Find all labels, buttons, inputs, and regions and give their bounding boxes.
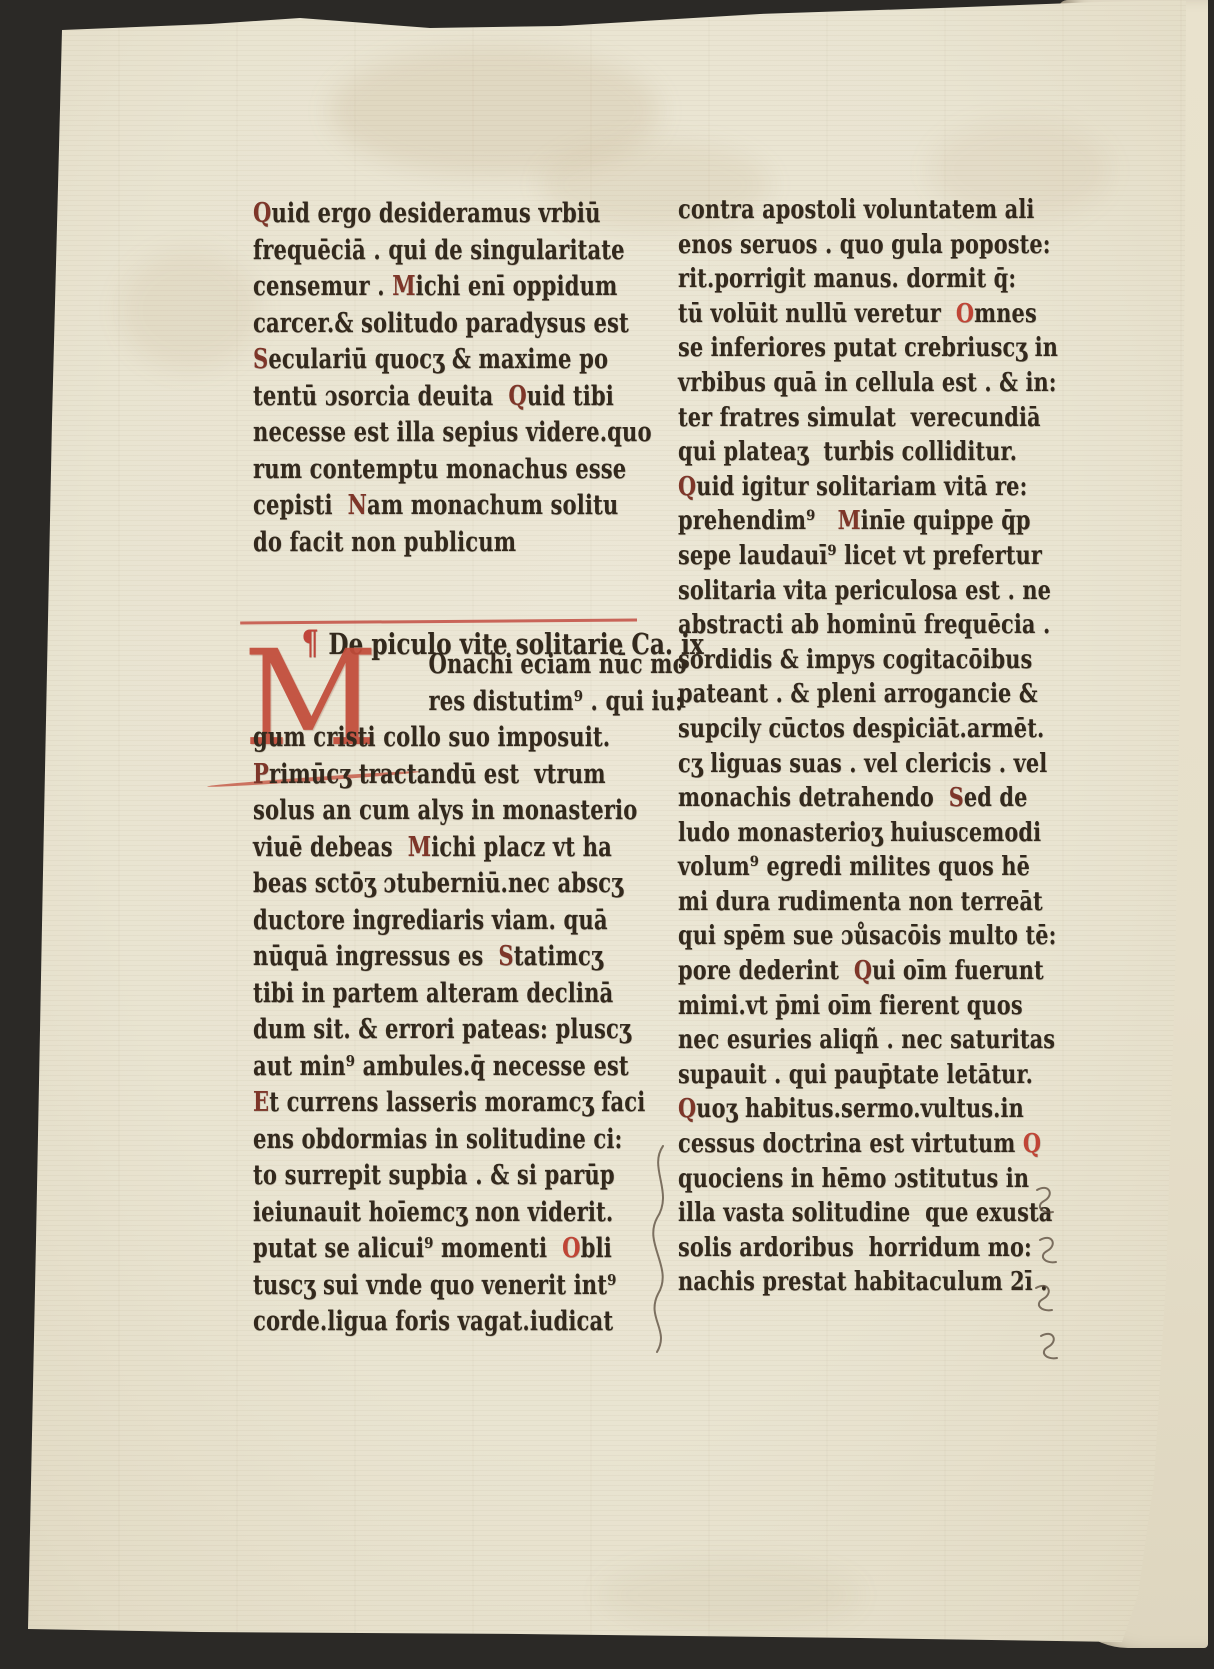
text-segment: sepe laudauī⁹ licet vt prefertur (678, 541, 1042, 571)
text-segment: ieiunauit hoīemcʒ non viderit. (253, 1197, 613, 1228)
text-line: pateant . & pleni arrogancie & (678, 677, 1014, 712)
text-segment: do facit non publicum (253, 527, 516, 558)
text-segment: tatimcʒ (514, 941, 603, 972)
paragraph-1: Quid ergo desideramus vrbiūfrequēciā . q… (253, 196, 673, 561)
text-segment: viuē debeas (253, 832, 408, 863)
text-segment: carcer.& solitudo paradysus est (253, 308, 629, 339)
text-line: Onachi eciam nūc mo (253, 647, 581, 684)
text-segment: necesse est illa sepius videre.quo (253, 417, 652, 448)
text-segment: mimi.vt p̄mi oīm fierent quos (678, 991, 1023, 1021)
text-segment: se inferiores putat crebriuscʒ in (678, 333, 1058, 363)
book-page: Quid ergo desideramus vrbiūfrequēciā . q… (0, 0, 1214, 1669)
text-line: tū volūit nullū veretur Omnes (678, 297, 1014, 332)
text-line: contra apostoli voluntatem ali (678, 193, 1014, 228)
text-segment: res distutim⁹ . qui iu: (429, 686, 684, 717)
text-segment: nūquā ingressus es (253, 941, 498, 972)
text-line: corde.ligua foris vagat.iudicat (253, 1304, 581, 1341)
text-segment: pore dederint (678, 956, 854, 986)
text-segment: uid tibi (527, 381, 614, 412)
text-column-right: contra apostoli voluntatem alienos seruo… (678, 193, 1098, 1300)
rubricated-letter: E (253, 1087, 269, 1118)
text-segment: tibi in partem alteram declinā (253, 978, 613, 1009)
text-segment: ed de (964, 783, 1028, 813)
text-segment: tentū ɔsorcia deuita (253, 381, 508, 412)
text-segment: beas sctōʒ ɔtuberniū.nec abscʒ (253, 868, 623, 899)
text-line: ens obdormias in solitudine ci: (253, 1122, 581, 1159)
text-segment: inīe quippe q̄p (861, 506, 1031, 536)
text-segment: Onachi eciam nūc mo (429, 649, 687, 680)
rubricated-letter: S (253, 344, 268, 375)
text-line: tuscʒ sui vnde quo venerit int⁹ (253, 1268, 581, 1305)
rubricated-letter: O (562, 1233, 581, 1264)
text-segment: tuscʒ sui vnde quo venerit int⁹ (253, 1270, 617, 1301)
rubricated-letter: O (956, 299, 974, 329)
text-line: supauit . qui paup̄tate letātur. (678, 1058, 1014, 1093)
text-line: pore dederint Qui oīm fuerunt (678, 954, 1014, 989)
text-segment: ludo monasterioʒ huiuscemodi (678, 818, 1041, 848)
text-line: res distutim⁹ . qui iu: (253, 684, 581, 721)
text-line: mi dura rudimenta non terreāt (678, 885, 1014, 920)
text-segment: solitaria vita periculosa est . ne (678, 576, 1051, 606)
rubricated-letter: Q (508, 381, 527, 412)
text-segment: cessus doctrina est virtutum (678, 1129, 1023, 1159)
text-segment: rimūcʒ tractandū est vtrum (269, 759, 606, 790)
text-segment: dum sit. & errori pateas: pluscʒ (253, 1014, 631, 1045)
text-segment: frequēciā . qui de singularitate (253, 235, 625, 266)
text-segment: qui spēm sue ɔůsacōis multo tē: (678, 921, 1056, 951)
text-segment: to surrepit supbia . & si parūp (253, 1160, 615, 1191)
text-line: tentū ɔsorcia deuita Quid tibi (253, 379, 581, 416)
text-segment: solus an cum alys in monasterio (253, 795, 637, 826)
text-line: sordidis & impys cogitacōibus (678, 643, 1014, 678)
text-segment: am monachum solitu (367, 490, 618, 521)
text-line: gum cristi collo suo imposuit. (253, 720, 581, 757)
rubricated-letter: P (253, 759, 269, 790)
text-segment: uoʒ habitus.sermo.vultus.in (696, 1094, 1024, 1124)
text-segment: contra apostoli voluntatem ali (678, 195, 1034, 225)
text-segment: putat se alicui⁹ momenti (253, 1233, 562, 1264)
text-line: supcily cūctos despiciāt.armēt. (678, 712, 1014, 747)
text-line: frequēciā . qui de singularitate (253, 233, 581, 270)
text-segment: t currens lasseris moramcʒ faci (269, 1087, 645, 1118)
paper-stain (330, 46, 660, 176)
text-line: qui spēm sue ɔůsacōis multo tē: (678, 919, 1014, 954)
text-line: nūquā ingressus es Statimcʒ (253, 939, 581, 976)
paper-stain (600, 1560, 860, 1630)
text-segment: prehendim⁹ (678, 506, 838, 536)
text-segment: ens obdormias in solitudine ci: (253, 1124, 622, 1155)
rubricated-letter: Q (854, 956, 872, 986)
text-segment: pateant . & pleni arrogancie & (678, 679, 1038, 709)
text-line: solitaria vita periculosa est . ne (678, 574, 1014, 609)
text-segment: eculariū quocʒ & maxime po (268, 344, 608, 375)
rubricated-letter: S (498, 941, 513, 972)
text-line: beas sctōʒ ɔtuberniū.nec abscʒ (253, 866, 581, 903)
rubricated-letter: S (949, 783, 964, 813)
text-segment: corde.ligua foris vagat.iudicat (253, 1306, 613, 1337)
text-line: Quid ergo desideramus vrbiū (253, 196, 581, 233)
text-line: necesse est illa sepius videre.quo (253, 415, 581, 452)
text-column-left: Quid ergo desideramus vrbiūfrequēciā . q… (253, 196, 673, 1341)
text-segment: enos seruos . quo gula poposte: (678, 230, 1051, 260)
text-line: carcer.& solitudo paradysus est (253, 306, 581, 343)
rubricated-letter: Q (678, 472, 696, 502)
text-line: to surrepit supbia . & si parūp (253, 1158, 581, 1195)
text-line: ter fratres simulat verecundiā (678, 401, 1014, 436)
text-line: viuē debeas Michi placz vt ha (253, 830, 581, 867)
paper-stain (120, 250, 260, 370)
text-line: aut min⁹ ambules.q̄ necesse est (253, 1049, 581, 1086)
text-line: abstracti ab hominū frequēcia . (678, 608, 1014, 643)
text-line: monachis detrahendo Sed de (678, 781, 1014, 816)
text-line: Primūcʒ tractandū est vtrum (253, 757, 581, 794)
text-line: cepisti Nam monachum solitu (253, 488, 581, 525)
text-line: Et currens lasseris moramcʒ faci (253, 1085, 581, 1122)
text-segment: censemur . (253, 271, 392, 302)
text-segment: supauit . qui paup̄tate letātur. (678, 1060, 1033, 1090)
text-line: dum sit. & errori pateas: pluscʒ (253, 1012, 581, 1049)
text-line: vrbibus quā in cellula est . & in: (678, 366, 1014, 401)
text-segment: ichi placz vt ha (431, 832, 612, 863)
text-segment: ui oīm fuerunt (872, 956, 1044, 986)
text-segment: gum cristi collo suo imposuit. (253, 722, 610, 753)
text-segment: cepisti (253, 490, 348, 521)
text-line: enos seruos . quo gula poposte: (678, 228, 1014, 263)
text-segment: uid ergo desideramus vrbiū (272, 198, 601, 229)
text-segment: abstracti ab hominū frequēcia . (678, 610, 1050, 640)
text-segment: monachis detrahendo (678, 783, 949, 813)
text-line: volum⁹ egredi milites quos hē (678, 850, 1014, 885)
text-line: illa vasta solitudine que exusta (678, 1196, 1014, 1231)
text-segment: rit.porrigit manus. dormit q̄: (678, 264, 1016, 294)
text-segment: tū volūit nullū veretur (678, 299, 956, 329)
rubricated-letter: Q (678, 1094, 696, 1124)
text-segment: nec esuries aliqñ . nec saturitas (678, 1025, 1055, 1055)
text-line: prehendim⁹ Minīe quippe q̄p (678, 504, 1014, 539)
rubricated-letter: M (838, 506, 861, 536)
text-line: qui plateaʒ turbis colliditur. (678, 435, 1014, 470)
text-segment: mnes (974, 299, 1037, 329)
text-segment: volum⁹ egredi milites quos hē (678, 852, 1030, 882)
rubricated-letter: Q (1023, 1129, 1041, 1159)
rubricated-letter: M (408, 832, 431, 863)
text-segment: mi dura rudimenta non terreāt (678, 887, 1043, 917)
text-line: ieiunauit hoīemcʒ non viderit. (253, 1195, 581, 1232)
text-segment: aut min⁹ ambules.q̄ necesse est (253, 1051, 629, 1082)
rubricated-letter: Q (253, 198, 272, 229)
text-line: Quoʒ habitus.sermo.vultus.in (678, 1092, 1014, 1127)
text-segment: rum contemptu monachus esse (253, 454, 626, 485)
text-line: rit.porrigit manus. dormit q̄: (678, 262, 1014, 297)
text-segment: ductore ingrediaris viam. quā (253, 905, 608, 936)
text-segment: solis ardoribus horridum mo: (678, 1233, 1032, 1263)
text-line: tibi in partem alteram declinā (253, 976, 581, 1013)
text-line: censemur . Michi enī oppidum (253, 269, 581, 306)
text-line: solis ardoribus horridum mo: (678, 1231, 1014, 1266)
text-line: mimi.vt p̄mi oīm fierent quos (678, 989, 1014, 1024)
text-line: se inferiores putat crebriuscʒ in (678, 331, 1014, 366)
text-segment: ichi enī oppidum (416, 271, 618, 302)
text-line: sepe laudauī⁹ licet vt prefertur (678, 539, 1014, 574)
text-line: ductore ingrediaris viam. quā (253, 903, 581, 940)
text-segment: vrbibus quā in cellula est . & in: (678, 368, 1057, 398)
text-line: nec esuries aliqñ . nec saturitas (678, 1023, 1014, 1058)
text-segment: cʒ liguas suas . vel clericis . vel (678, 749, 1047, 779)
text-line: cʒ liguas suas . vel clericis . vel (678, 747, 1014, 782)
text-segment: illa vasta solitudine que exusta (678, 1198, 1052, 1228)
text-segment: ter fratres simulat verecundiā (678, 403, 1041, 433)
text-line: do facit non publicum (253, 525, 581, 562)
text-segment: quociens in hēmo ɔstitutus in (678, 1164, 1029, 1194)
text-line: solus an cum alys in monasterio (253, 793, 581, 830)
rubricated-letter: N (348, 490, 367, 521)
text-line: Seculariū quocʒ & maxime po (253, 342, 581, 379)
text-line: rum contemptu monachus esse (253, 452, 581, 489)
text-segment: nachis prestat habitaculum 2ī . (678, 1267, 1048, 1297)
text-segment: supcily cūctos despiciāt.armēt. (678, 714, 1044, 744)
chapter-heading: ¶De piculo vite solitarie Ca. ix (253, 583, 589, 623)
text-line: putat se alicui⁹ momenti Obli (253, 1231, 581, 1268)
text-line: Quid igitur solitariam vitā re: (678, 470, 1014, 505)
text-line: ludo monasterioʒ huiuscemodi (678, 816, 1014, 851)
paragraph-2: M Onachi eciam nūc mores distutim⁹ . qui… (253, 647, 673, 1341)
text-line: quociens in hēmo ɔstitutus in (678, 1162, 1014, 1197)
text-segment: sordidis & impys cogitacōibus (678, 645, 1032, 675)
text-segment: bli (581, 1233, 612, 1264)
text-segment: uid igitur solitariam vitā re: (696, 472, 1027, 502)
text-segment: qui plateaʒ turbis colliditur. (678, 437, 1017, 467)
text-line: cessus doctrina est virtutum Q (678, 1127, 1014, 1162)
rubricated-letter: M (392, 271, 415, 302)
text-line: nachis prestat habitaculum 2ī . (678, 1265, 1014, 1300)
